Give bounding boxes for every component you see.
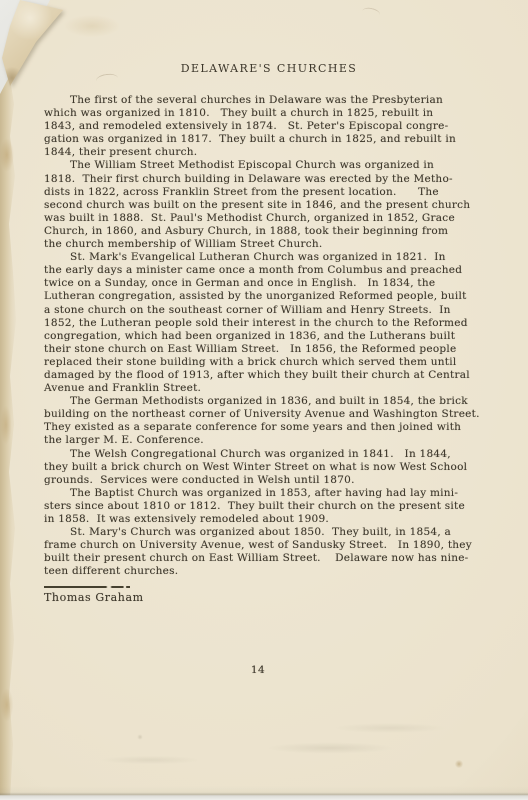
scanned-page: DELAWARE'S CHURCHES The first of the sev… <box>0 0 528 800</box>
paragraph-st-marks-lutheran: St. Mark's Evangelical Lutheran Church w… <box>44 251 518 395</box>
signature-rule <box>44 586 130 588</box>
paragraph-welsh-congregational: The Welsh Congregational Church was orga… <box>44 448 518 487</box>
document-body: The first of the several churches in Del… <box>44 94 518 604</box>
folded-corner-wrap <box>0 0 84 98</box>
paragraph-william-street-methodist: The William Street Methodist Episcopal C… <box>44 159 518 251</box>
paragraph-baptist: The Baptist Church was organized in 1853… <box>44 487 518 526</box>
torn-left-edge <box>0 0 18 800</box>
paragraph-st-marys: St. Mary's Church was organized about 18… <box>44 526 518 578</box>
paragraph-german-methodists: The German Methodists organized in 1836,… <box>44 395 518 447</box>
folded-corner-flap <box>0 0 84 98</box>
page-bottom-edge <box>0 786 528 800</box>
paragraph-presbyterian-episcopal: The first of the several churches in Del… <box>44 94 518 159</box>
page-number: 14 <box>0 664 516 676</box>
author-signature: Thomas Graham <box>44 591 518 604</box>
faint-pencil-mark <box>361 6 381 20</box>
